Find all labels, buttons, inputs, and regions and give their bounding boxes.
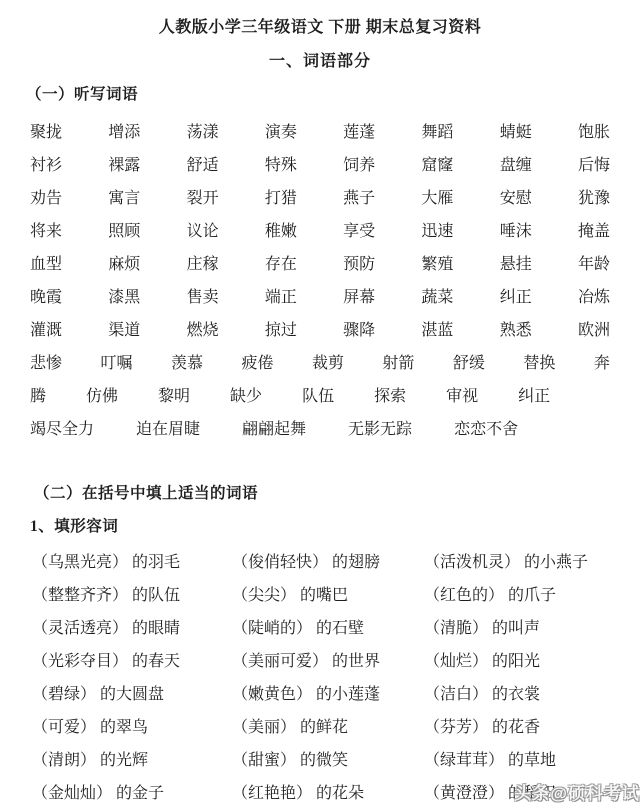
adjective-phrase: （绿茸茸） 的草地 [424, 752, 640, 769]
dictation-word: 繁殖 [421, 256, 453, 273]
adjective-phrase: （洁白） 的衣裳 [424, 686, 640, 703]
adjective-phrase: （光彩夺目） 的春天 [32, 653, 232, 670]
adjective-phrase-row: （可爱） 的翠鸟（美丽） 的鲜花（芬芳） 的花香 [32, 719, 640, 736]
adjective-phrase: （灵活透亮） 的眼睛 [32, 620, 232, 637]
adjective-phrase-row: （乌黑光亮） 的羽毛（俊俏轻快） 的翅膀（活泼机灵） 的小燕子 [32, 554, 640, 571]
adjective-phrase: （尖尖） 的嘴巴 [232, 587, 424, 604]
adjective-phrase: （美丽） 的鲜花 [232, 719, 424, 736]
dictation-word: 纠正 [500, 289, 532, 306]
dictation-word: 羡慕 [171, 355, 203, 372]
dictation-word: 饲养 [343, 157, 375, 174]
adjective-phrase-row: （整整齐齐） 的队伍（尖尖） 的嘴巴（红色的） 的爪子 [32, 587, 640, 604]
dictation-word: 唾沫 [500, 223, 532, 240]
adjective-phrase-grid: （乌黑光亮） 的羽毛（俊俏轻快） 的翅膀（活泼机灵） 的小燕子（整整齐齐） 的队… [32, 554, 640, 802]
dictation-word: 审视 [446, 388, 478, 405]
dictation-word: 骤降 [343, 322, 375, 339]
dictation-word: 售卖 [187, 289, 219, 306]
dictation-row: 劝告寓言裂开打猎燕子大雁安慰犹豫 [30, 190, 610, 207]
adjective-phrase: （活泼机灵） 的小燕子 [424, 554, 640, 571]
adjective-phrase: （整整齐齐） 的队伍 [32, 587, 232, 604]
adjective-phrase: （清朗） 的光辉 [32, 752, 232, 769]
dictation-word: 犹豫 [578, 190, 610, 207]
dictation-word: 掩盖 [578, 223, 610, 240]
adjective-phrase: （芬芳） 的花香 [424, 719, 640, 736]
dictation-word: 纠正 [518, 388, 550, 405]
dictation-row: 将来照顾议论稚嫩享受迅速唾沫掩盖 [30, 223, 610, 240]
dictation-word: 恋恋不舍 [454, 421, 518, 438]
dictation-word: 享受 [343, 223, 375, 240]
adjective-phrase: （美丽可爱） 的世界 [232, 653, 424, 670]
dictation-word: 舒缓 [453, 355, 485, 372]
dictation-word: 特殊 [265, 157, 297, 174]
dictation-word: 安慰 [500, 190, 532, 207]
dictation-word: 年龄 [578, 256, 610, 273]
toutiao-watermark: 头条@硕科考试 [514, 779, 640, 804]
dictation-word: 蔬菜 [421, 289, 453, 306]
dictation-word: 预防 [343, 256, 375, 273]
fill-section-heading: （二）在括号中填上适当的词语 [0, 484, 640, 504]
dictation-word: 演奏 [265, 124, 297, 141]
dictation-word: 蜻蜓 [500, 124, 532, 141]
dictation-word: 掠过 [265, 322, 297, 339]
dictation-word-grid: 聚拢增添荡漾演奏莲蓬舞蹈蜻蜓饱胀衬衫裸露舒适特殊饲养窟窿盘缠后悔劝告寓言裂开打猎… [30, 124, 610, 438]
dictation-section-heading: （一）听写词语 [0, 85, 640, 105]
dictation-word: 血型 [30, 256, 62, 273]
adjective-phrase: （甜蜜） 的微笑 [232, 752, 424, 769]
dictation-word: 灌溉 [30, 322, 62, 339]
adjective-phrase: （金灿灿） 的金子 [32, 785, 232, 802]
adjective-phrase: （嫩黄色） 的小莲蓬 [232, 686, 424, 703]
dictation-row: 聚拢增添荡漾演奏莲蓬舞蹈蜻蜓饱胀 [30, 124, 610, 141]
adjective-phrase: （灿烂） 的阳光 [424, 653, 640, 670]
dictation-word: 窟窿 [421, 157, 453, 174]
dictation-word: 黎明 [158, 388, 190, 405]
dictation-word: 欧洲 [578, 322, 610, 339]
dictation-row: 竭尽全力迫在眉睫翩翩起舞无影无踪恋恋不舍 [30, 421, 610, 438]
dictation-word: 庄稼 [187, 256, 219, 273]
fill-adjective-sub-heading: 1、填形容词 [0, 517, 640, 537]
dictation-word: 聚拢 [30, 124, 62, 141]
dictation-word: 照顾 [108, 223, 140, 240]
dictation-word: 晚霞 [30, 289, 62, 306]
dictation-word: 后悔 [578, 157, 610, 174]
dictation-word: 燃烧 [187, 322, 219, 339]
adjective-phrase: （碧绿） 的大圆盘 [32, 686, 232, 703]
dictation-word: 将来 [30, 223, 62, 240]
dictation-word: 奔 [594, 355, 610, 372]
dictation-word: 冶炼 [578, 289, 610, 306]
dictation-word: 缺少 [230, 388, 262, 405]
dictation-word: 替换 [523, 355, 555, 372]
dictation-word: 迫在眉睫 [136, 421, 200, 438]
dictation-word: 衬衫 [30, 157, 62, 174]
dictation-row: 悲惨叮嘱羡慕疲倦裁剪射箭舒缓替换奔 [30, 355, 610, 372]
dictation-word: 舞蹈 [421, 124, 453, 141]
adjective-phrase: （陡峭的） 的石壁 [232, 620, 424, 637]
dictation-word: 大雁 [421, 190, 453, 207]
dictation-word: 稚嫩 [265, 223, 297, 240]
dictation-word: 盘缠 [500, 157, 532, 174]
dictation-word: 疲倦 [241, 355, 273, 372]
dictation-word: 湛蓝 [421, 322, 453, 339]
dictation-word: 无影无踪 [348, 421, 412, 438]
dictation-word: 渠道 [108, 322, 140, 339]
adjective-phrase: （红色的） 的爪子 [424, 587, 640, 604]
dictation-word: 屏幕 [343, 289, 375, 306]
dictation-word: 漆黑 [108, 289, 140, 306]
adjective-phrase-row: （碧绿） 的大圆盘（嫩黄色） 的小莲蓬（洁白） 的衣裳 [32, 686, 640, 703]
dictation-word: 燕子 [343, 190, 375, 207]
adjective-phrase: （可爱） 的翠鸟 [32, 719, 232, 736]
adjective-phrase-row: （灵活透亮） 的眼睛（陡峭的） 的石壁（清脆） 的叫声 [32, 620, 640, 637]
dictation-word: 迅速 [421, 223, 453, 240]
dictation-word: 荡漾 [187, 124, 219, 141]
dictation-word: 队伍 [302, 388, 334, 405]
dictation-word: 端正 [265, 289, 297, 306]
dictation-word: 裂开 [187, 190, 219, 207]
adjective-phrase-row: （光彩夺目） 的春天（美丽可爱） 的世界（灿烂） 的阳光 [32, 653, 640, 670]
dictation-word: 议论 [187, 223, 219, 240]
dictation-word: 舒适 [187, 157, 219, 174]
dictation-word: 裁剪 [312, 355, 344, 372]
dictation-word: 翩翩起舞 [242, 421, 306, 438]
dictation-word: 打猎 [265, 190, 297, 207]
dictation-word: 裸露 [108, 157, 140, 174]
dictation-word: 射箭 [382, 355, 414, 372]
dictation-word: 叮嘱 [100, 355, 132, 372]
dictation-word: 存在 [265, 256, 297, 273]
dictation-row: 衬衫裸露舒适特殊饲养窟窿盘缠后悔 [30, 157, 610, 174]
dictation-row: 血型麻烦庄稼存在预防繁殖悬挂年龄 [30, 256, 610, 273]
part1-heading: 一、词语部分 [0, 52, 640, 72]
dictation-row: 腾仿佛黎明缺少队伍探索审视纠正 [30, 388, 610, 405]
dictation-row: 晚霞漆黑售卖端正屏幕蔬菜纠正冶炼 [30, 289, 610, 306]
dictation-word: 探索 [374, 388, 406, 405]
adjective-phrase: （乌黑光亮） 的羽毛 [32, 554, 232, 571]
dictation-word: 悬挂 [500, 256, 532, 273]
dictation-word: 腾 [30, 388, 46, 405]
dictation-word: 劝告 [30, 190, 62, 207]
dictation-word: 饱胀 [578, 124, 610, 141]
dictation-row: 灌溉渠道燃烧掠过骤降湛蓝熟悉欧洲 [30, 322, 610, 339]
dictation-word: 麻烦 [108, 256, 140, 273]
adjective-phrase: （俊俏轻快） 的翅膀 [232, 554, 424, 571]
dictation-word: 莲蓬 [343, 124, 375, 141]
dictation-word: 增添 [108, 124, 140, 141]
dictation-word: 仿佛 [86, 388, 118, 405]
dictation-word: 寓言 [108, 190, 140, 207]
adjective-phrase-row: （清朗） 的光辉（甜蜜） 的微笑（绿茸茸） 的草地 [32, 752, 640, 769]
doc-title: 人教版小学三年级语文 下册 期末总复习资料 [0, 18, 640, 38]
adjective-phrase: （清脆） 的叫声 [424, 620, 640, 637]
adjective-phrase: （红艳艳） 的花朵 [232, 785, 424, 802]
dictation-word: 熟悉 [500, 322, 532, 339]
dictation-word: 竭尽全力 [30, 421, 94, 438]
dictation-word: 悲惨 [30, 355, 62, 372]
